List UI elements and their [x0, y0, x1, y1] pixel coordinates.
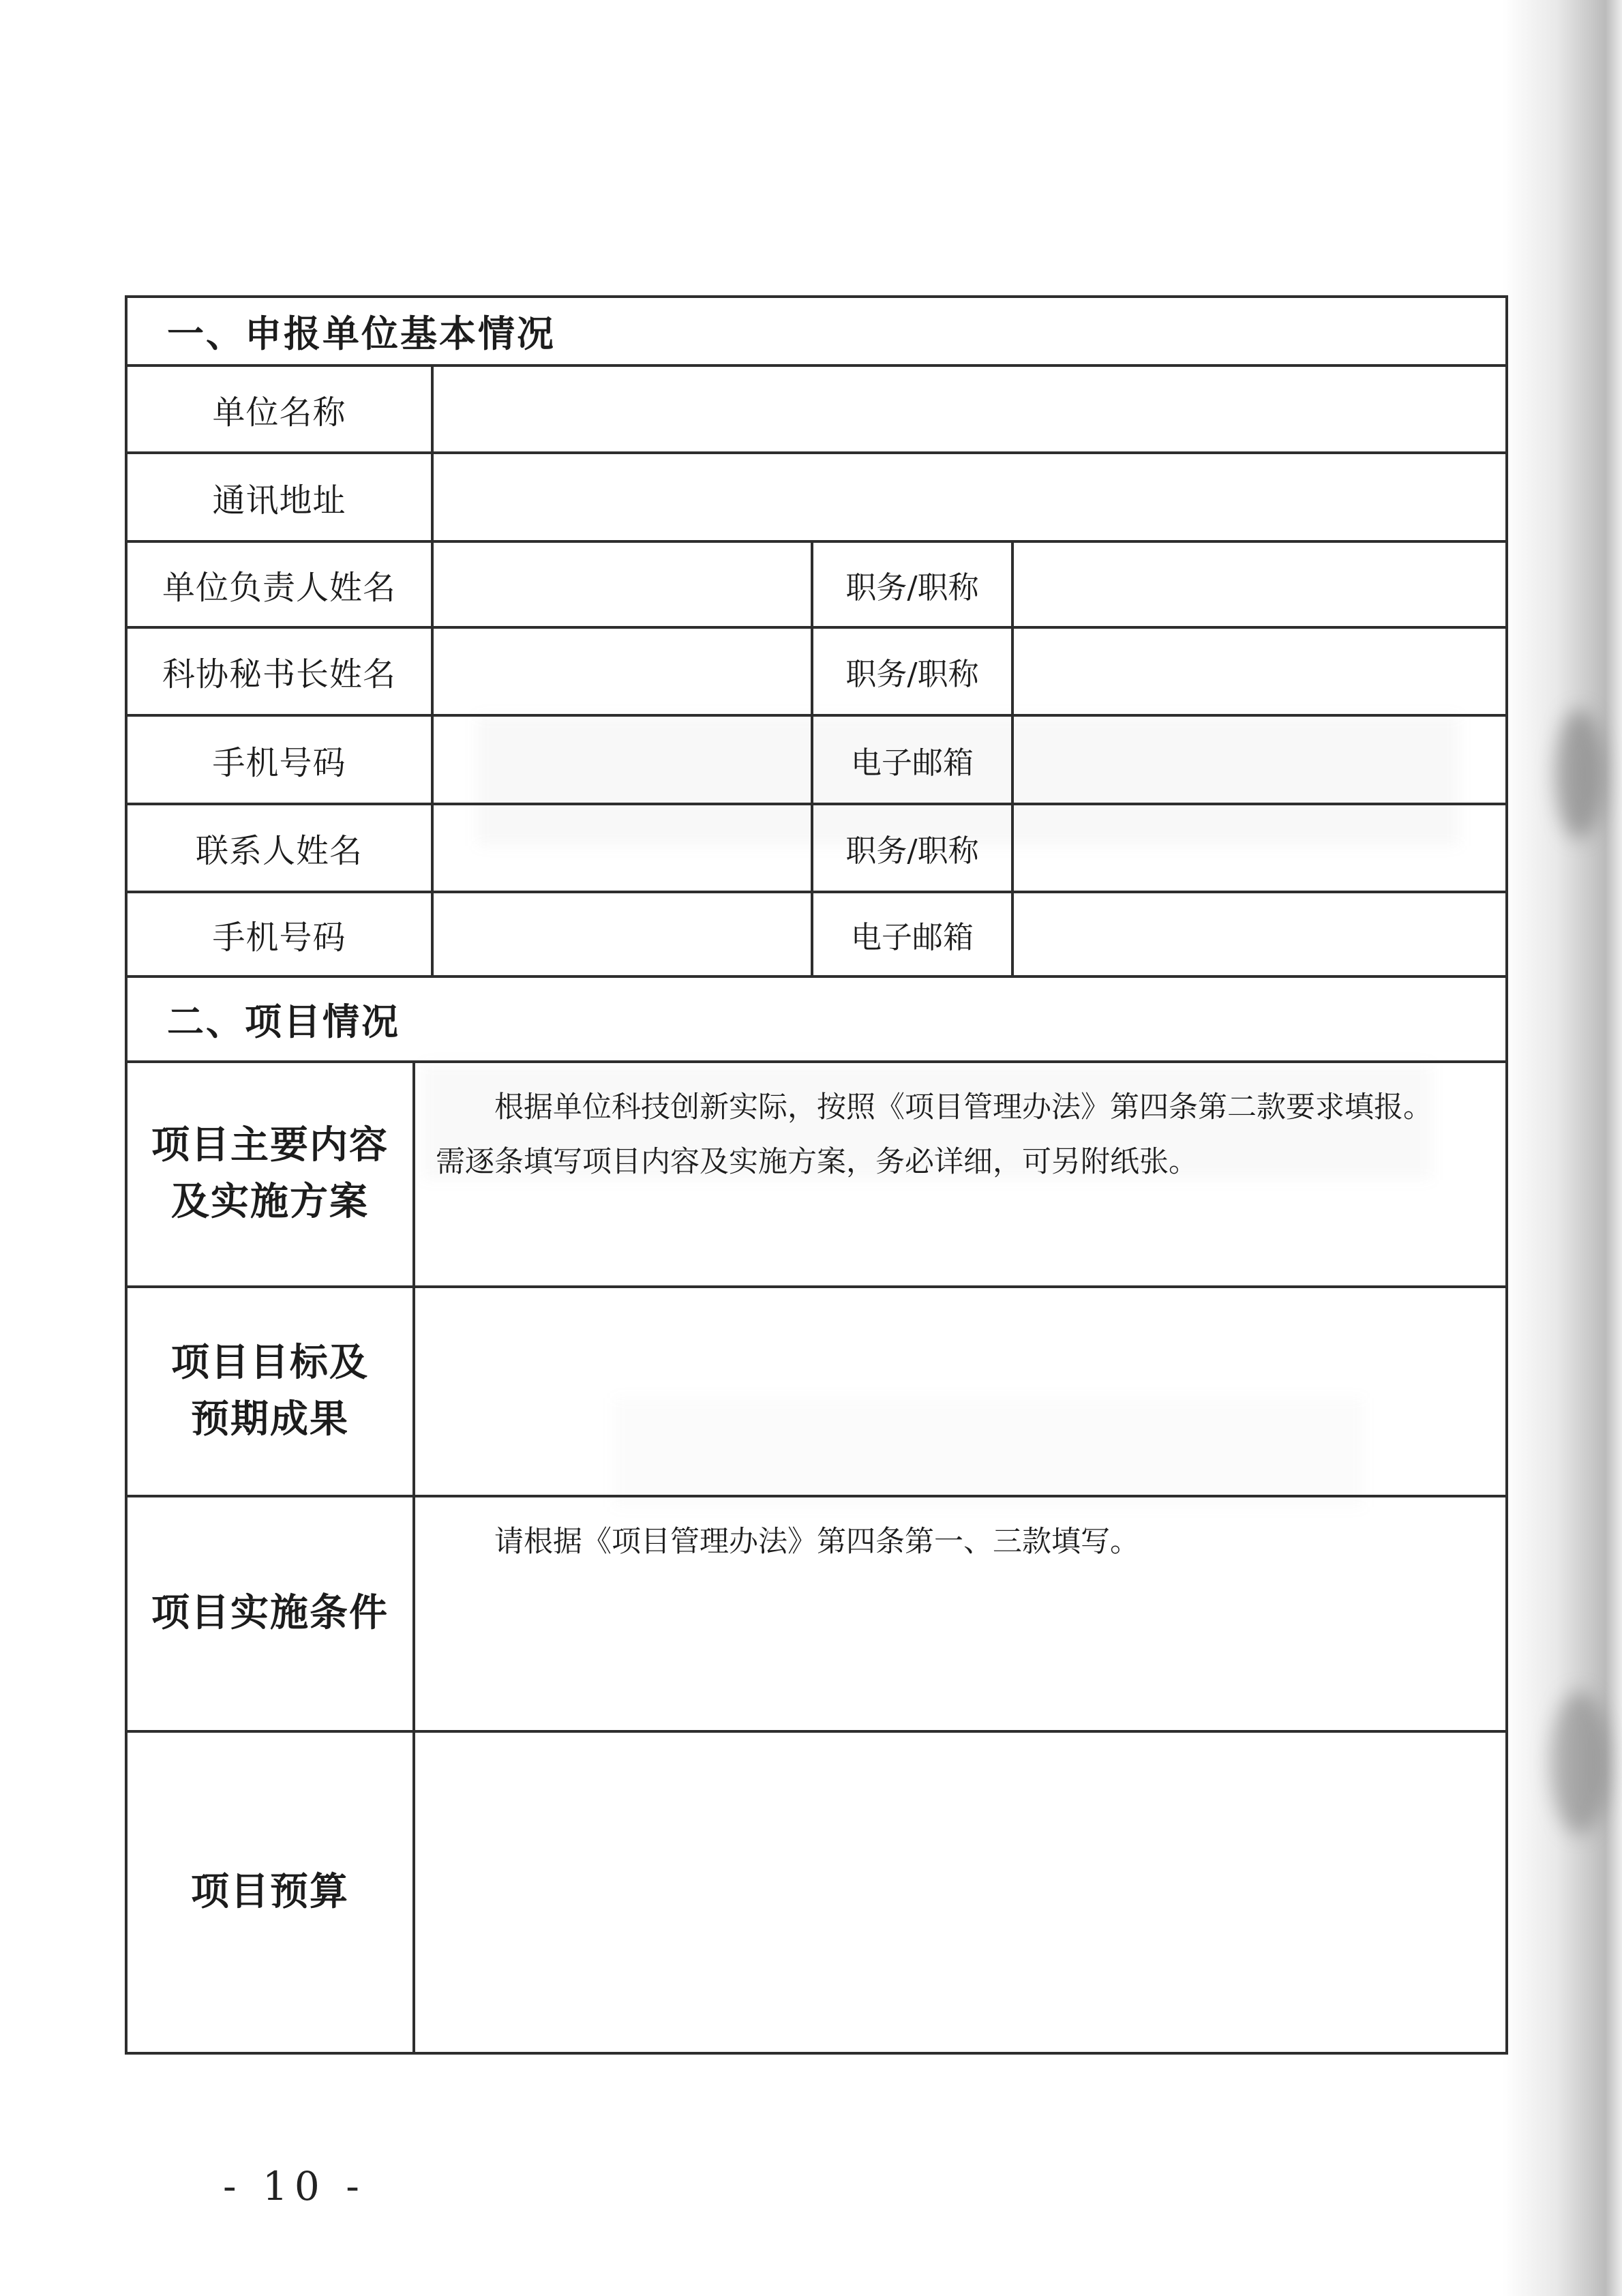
duty-title-value: [1012, 627, 1507, 715]
postal-address-value: [432, 453, 1507, 541]
project-budget-label: 项目预算: [126, 1731, 414, 2053]
unit-name-label: 单位名称: [126, 366, 432, 453]
secretary-general-name-label: 科协秘书长姓名: [126, 627, 432, 715]
project-goals-value: [414, 1287, 1507, 1496]
table-row: 单位负责人姓名 职务/职称: [126, 541, 1507, 627]
duty-title-label: 职务/职称: [812, 804, 1012, 892]
scanned-form-page: 一、申报单位基本情况 单位名称 通讯地址 单位负责人姓名 职务/职称 科协秘书长…: [0, 0, 1622, 2296]
mobile-number-value: [432, 892, 812, 976]
table-row: 手机号码 电子邮箱: [126, 715, 1507, 804]
email-value: [1012, 715, 1507, 804]
mobile-number-label: 手机号码: [126, 715, 432, 804]
secretary-general-name-value: [432, 627, 812, 715]
project-conditions-value: 请根据《项目管理办法》第四条第一、三款填写。: [414, 1496, 1507, 1731]
project-info-table: 二、项目情况 项目主要内容 及实施方案 根据单位科技创新实际，按照《项目管理办法…: [125, 975, 1508, 2055]
table-row: 项目实施条件 请根据《项目管理办法》第四条第一、三款填写。: [126, 1496, 1507, 1731]
duty-title-value: [1012, 541, 1507, 627]
scan-shadow-blob: [1555, 709, 1603, 839]
scan-shadow-blob: [1550, 1691, 1608, 1834]
project-conditions-label: 项目实施条件: [126, 1496, 414, 1731]
table-row: 联系人姓名 职务/职称: [126, 804, 1507, 892]
section2-title: 二、项目情况: [126, 976, 1507, 1062]
page-number: - 10 -: [223, 2163, 366, 2209]
section1-header-row: 一、申报单位基本情况: [126, 297, 1507, 366]
table-row: 通讯地址: [126, 453, 1507, 541]
duty-title-value: [1012, 804, 1507, 892]
table-row: 项目目标及 预期成果: [126, 1287, 1507, 1496]
project-goals-label: 项目目标及 预期成果: [126, 1287, 414, 1496]
mobile-number-label: 手机号码: [126, 892, 432, 976]
table-row: 项目主要内容 及实施方案 根据单位科技创新实际，按照《项目管理办法》第四条第二款…: [126, 1062, 1507, 1287]
table-row: 科协秘书长姓名 职务/职称: [126, 627, 1507, 715]
section1-title: 一、申报单位基本情况: [126, 297, 1507, 366]
table-row: 项目预算: [126, 1731, 1507, 2053]
table-row: 单位名称: [126, 366, 1507, 453]
contact-name-value: [432, 804, 812, 892]
table-row: 手机号码 电子邮箱: [126, 892, 1507, 976]
duty-title-label: 职务/职称: [812, 627, 1012, 715]
duty-title-label: 职务/职称: [812, 541, 1012, 627]
contact-name-label: 联系人姓名: [126, 804, 432, 892]
email-label: 电子邮箱: [812, 715, 1012, 804]
email-value: [1012, 892, 1507, 976]
unit-name-value: [432, 366, 1507, 453]
email-label: 电子邮箱: [812, 892, 1012, 976]
project-budget-value: [414, 1731, 1507, 2053]
scan-edge-shadow: [1503, 0, 1622, 2296]
mobile-number-value: [432, 715, 812, 804]
unit-head-name-value: [432, 541, 812, 627]
section2-header-row: 二、项目情况: [126, 976, 1507, 1062]
postal-address-label: 通讯地址: [126, 453, 432, 541]
project-main-content-value: 根据单位科技创新实际，按照《项目管理办法》第四条第二款要求填报。 需逐条填写项目…: [414, 1062, 1507, 1287]
unit-head-name-label: 单位负责人姓名: [126, 541, 432, 627]
project-main-content-label: 项目主要内容 及实施方案: [126, 1062, 414, 1287]
unit-info-table: 一、申报单位基本情况 单位名称 通讯地址 单位负责人姓名 职务/职称 科协秘书长…: [125, 295, 1508, 978]
